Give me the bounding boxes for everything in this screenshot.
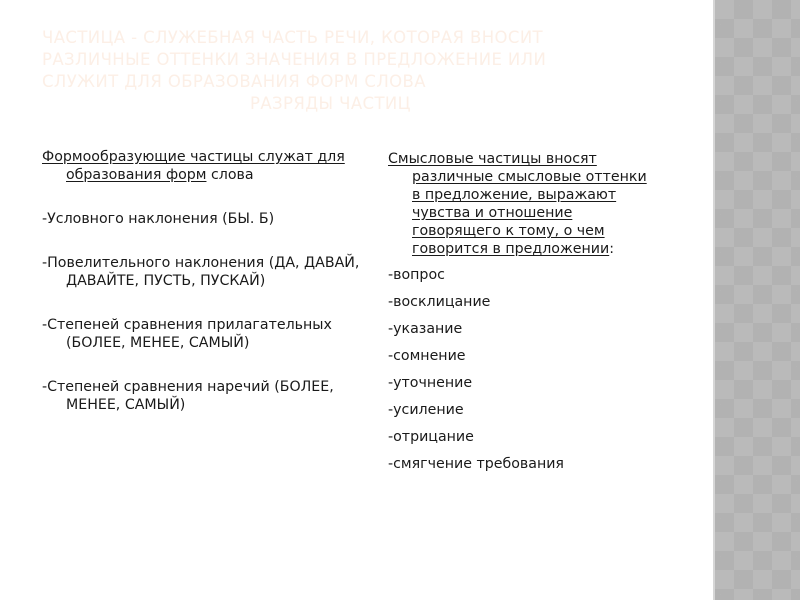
- left-item: -Степеней сравнения наречий (БОЛЕЕ, МЕНЕ…: [42, 378, 362, 414]
- list-item: -отрицание: [388, 428, 658, 455]
- left-item: -Условного наклонения (БЫ. Б): [42, 210, 362, 228]
- list-item: -смягчение требования: [388, 455, 658, 482]
- right-heading: Смысловые частицы вносят различные смысл…: [388, 150, 658, 258]
- list-item: -указание: [388, 320, 658, 347]
- title-line-2: РАЗЛИЧНЫЕ ОТТЕНКИ ЗНАЧЕНИЯ В ПРЕДЛОЖЕНИЕ…: [42, 49, 662, 71]
- title-line-3: СЛУЖИТ ДЛЯ ОБРАЗОВАНИЯ ФОРМ СЛОВА: [42, 71, 662, 93]
- title-line-1: ЧАСТИЦА - СЛУЖЕБНАЯ ЧАСТЬ РЕЧИ, КОТОРАЯ …: [42, 27, 662, 49]
- list-item: -восклицание: [388, 293, 658, 320]
- particle-types-list: -вопрос -восклицание -указание -сомнение…: [388, 266, 658, 482]
- left-heading: Формообразующие частицы служат для образ…: [42, 148, 362, 184]
- list-item: -уточнение: [388, 374, 658, 401]
- slide-subtitle: РАЗРЯДЫ ЧАСТИЦ: [42, 93, 662, 115]
- left-column: Формообразующие частицы служат для образ…: [42, 148, 362, 440]
- decorative-side-panel: [713, 0, 800, 600]
- left-heading-underlined: Формообразующие частицы служат для образ…: [42, 149, 345, 183]
- left-item: -Повелительного наклонения (ДА, ДАВАЙ, Д…: [42, 254, 362, 290]
- list-item: -усиление: [388, 401, 658, 428]
- right-heading-tail: :: [609, 241, 614, 257]
- slide-title: ЧАСТИЦА - СЛУЖЕБНАЯ ЧАСТЬ РЕЧИ, КОТОРАЯ …: [42, 27, 662, 115]
- right-column: Смысловые частицы вносят различные смысл…: [388, 150, 658, 482]
- left-item: -Степеней сравнения прилагательных (БОЛЕ…: [42, 316, 362, 352]
- right-heading-underlined: Смысловые частицы вносят различные смысл…: [388, 151, 647, 257]
- left-heading-rest: слова: [206, 167, 253, 183]
- slide: ЧАСТИЦА - СЛУЖЕБНАЯ ЧАСТЬ РЕЧИ, КОТОРАЯ …: [0, 0, 713, 600]
- list-item: -вопрос: [388, 266, 658, 293]
- list-item: -сомнение: [388, 347, 658, 374]
